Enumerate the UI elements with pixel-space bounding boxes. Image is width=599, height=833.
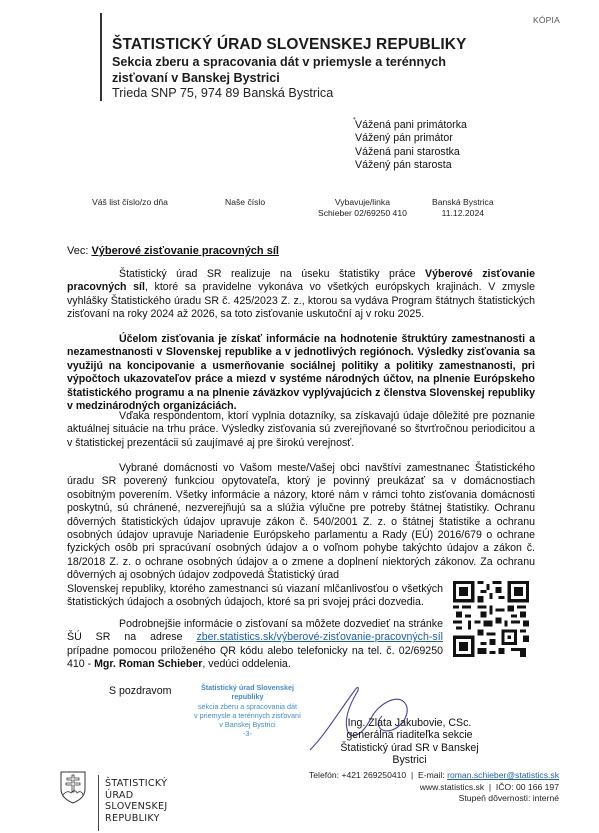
place-date: Banská Bystrica 11.12.2024 xyxy=(432,197,494,218)
subject-label: Vec: xyxy=(67,245,91,257)
coat-of-arms-icon xyxy=(60,771,86,804)
phone: Telefón: +421 269250410 | E-mail: xyxy=(309,770,447,780)
recipient: Vážený pán primátor xyxy=(355,132,467,145)
logo-wordmark: ŠTATISTICKÝ ÚRAD SLOVENSKEJ REPUBLIKY xyxy=(105,778,168,824)
signer-name: Ing. Zlata Jakubovie, CSc. xyxy=(322,717,497,729)
our-number-label: Naše číslo xyxy=(225,197,265,208)
logo-line: ŠTATISTICKÝ xyxy=(105,778,168,790)
footer-contact: Telefón: +421 269250410 | E-mail: roman.… xyxy=(309,770,559,805)
paragraph-3: Vďaka respondentom, ktorí vyplnia dotazn… xyxy=(67,410,535,450)
logo-line: REPUBLIKY xyxy=(105,813,168,825)
qr-code-icon[interactable] xyxy=(453,581,529,657)
section-name-line1: Sekcia zberu a spracovania dát v priemys… xyxy=(112,55,467,70)
header-divider xyxy=(100,13,102,101)
email-link[interactable]: roman.schieber@statistics.sk xyxy=(447,770,559,780)
contact-person: Mgr. Roman Schieber xyxy=(94,658,202,670)
p1-text: Štatistický úrad SR realizuje na úseku š… xyxy=(119,268,425,280)
recipient: Vážený pán starosta xyxy=(355,159,467,172)
stamp-line: v priemysle a terénnych zisťovaní xyxy=(185,711,310,720)
subject-title: Výberové zisťovanie pracovných síl xyxy=(91,245,278,257)
letterhead: ŠTATISTICKÝ ÚRAD SLOVENSKEJ REPUBLIKY Se… xyxy=(112,36,467,101)
place: Banská Bystrica xyxy=(432,197,494,208)
logo-divider xyxy=(98,775,99,831)
greeting: S pozdravom xyxy=(109,685,171,697)
p4-text: Vybrané domácnosti vo Vašom meste/Vašej … xyxy=(67,462,535,583)
recipient: Vážená pani primátorka xyxy=(355,119,467,132)
survey-link[interactable]: zber.statistics.sk/výberové-zisťovanie-p… xyxy=(196,631,443,643)
confidentiality-level: Stupeň dôvernosti: interné xyxy=(309,793,559,805)
handled-by: Vybavuje/linka Schieber 02/69250 410 xyxy=(318,197,407,218)
signer-block: Ing. Zlata Jakubovie, CSc. generálna ria… xyxy=(322,717,497,767)
p3-text: Vďaka respondentom, ktorí vyplnia dotazn… xyxy=(67,410,535,450)
signer-role: generálna riaditeľka sekcie xyxy=(322,729,497,741)
p5-text-end: , vedúci oddelenia. xyxy=(202,658,290,670)
your-letter-label: Váš list číslo/zo dňa xyxy=(92,197,168,208)
recipients-block: • Vážená pani primátorka Vážený pán prim… xyxy=(355,119,467,172)
p2-text: Účelom zisťovania je získať informácie n… xyxy=(67,333,535,413)
paragraph-2: Účelom zisťovania je získať informácie n… xyxy=(67,333,535,413)
handled-by-label: Vybavuje/linka xyxy=(318,197,407,208)
stamp-line: sekcia zberu a spracovania dát xyxy=(185,702,310,711)
logo-line: ÚRAD xyxy=(105,790,168,802)
paragraph-1: Štatistický úrad SR realizuje na úseku š… xyxy=(67,268,535,322)
copy-mark: KÓPIA xyxy=(533,15,560,25)
signer-organization: Štatistický úrad SR v Banskej Bystrici xyxy=(322,742,497,767)
date: 11.12.2024 xyxy=(432,208,494,219)
subject-line: Vec: Výberové zisťovanie pracovných síl xyxy=(67,245,279,257)
office-address: Trieda SNP 75, 974 89 Banská Bystrica xyxy=(112,86,467,101)
stamp-line: Štatistický úrad Slovenskej republiky xyxy=(185,683,310,702)
p4-text-narrow: Slovenskej republiky, ktorého zamestnanc… xyxy=(67,583,443,610)
recipient: Vážená pani starostka xyxy=(355,146,467,159)
section-name-line2: zisťovaní v Banskej Bystrici xyxy=(112,71,467,86)
handled-by-value: Schieber 02/69250 410 xyxy=(318,208,407,219)
organization-name: ŠTATISTICKÝ ÚRAD SLOVENSKEJ REPUBLIKY xyxy=(112,36,467,54)
logo-line: SLOVENSKEJ xyxy=(105,801,168,813)
web-ico: www.statistics.sk | IČO: 00 166 197 xyxy=(309,782,559,794)
stamp-line: v Banskej Bystrici xyxy=(185,720,310,729)
bullet-icon: • xyxy=(353,112,356,125)
stamp-line: -3- xyxy=(185,729,310,738)
official-stamp: Štatistický úrad Slovenskej republiky se… xyxy=(185,683,310,739)
